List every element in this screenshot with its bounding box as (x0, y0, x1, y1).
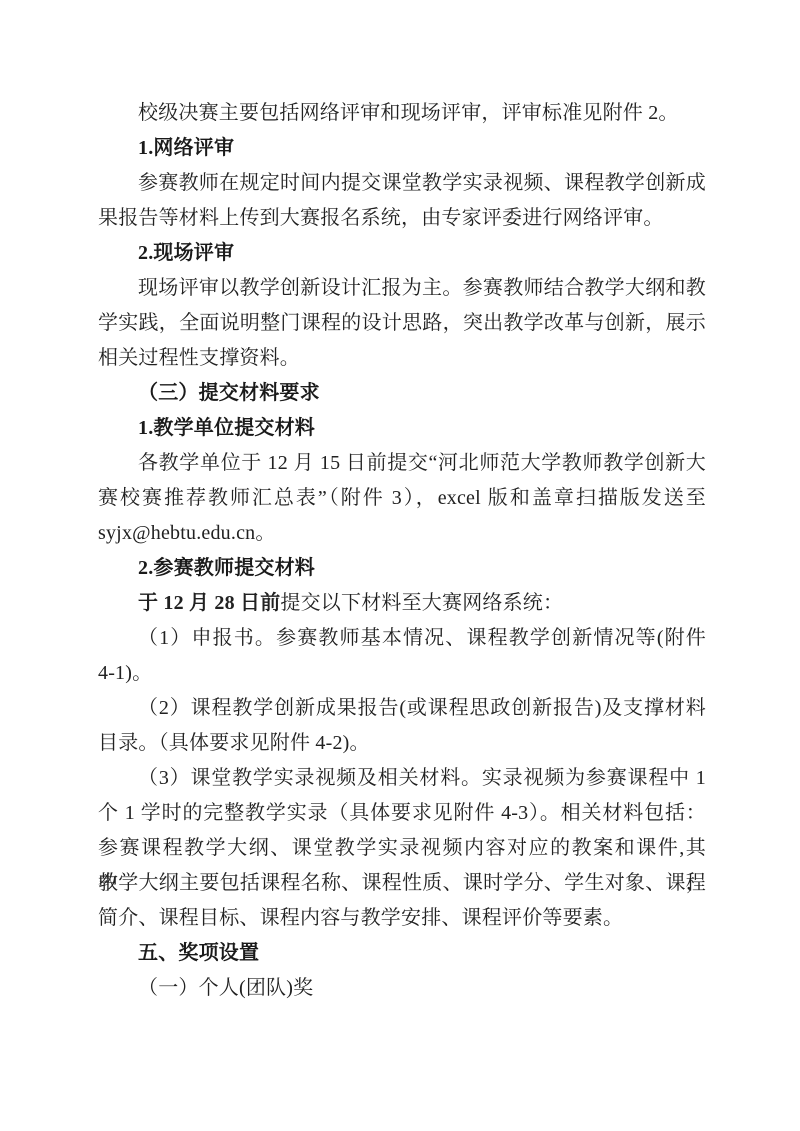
heading-onsite-review: 2.现场评审 (98, 236, 706, 271)
paragraph-line: （3）课堂教学实录视频及相关材料。实录视频为参赛课程中 1 (98, 761, 706, 796)
paragraph-line: 果报告等材料上传到大赛报名系统，由专家评委进行网络评审。 (98, 201, 706, 236)
deadline-rest-text: 提交以下材料至大赛网络系统： (280, 592, 563, 614)
paragraph-line: 教学大纲主要包括课程名称、课程性质、课时学分、学生对象、课程 (98, 866, 706, 901)
paragraph-line: 4-1)。 (98, 656, 706, 691)
paragraph-line: 参赛课程教学大纲、课堂教学实录视频内容对应的教案和课件,其中， (98, 831, 706, 866)
heading-submission-requirements: （三）提交材料要求 (98, 376, 706, 411)
deadline-line: 于 12 月 28 日前提交以下材料至大赛网络系统： (98, 586, 706, 621)
paragraph-line: 参赛教师在规定时间内提交课堂教学实录视频、课程教学创新成 (98, 166, 706, 201)
paragraph-line: （2）课程教学创新成果报告(或课程思政创新报告)及支撑材料 (98, 691, 706, 726)
paragraph-line: （1）申报书。参赛教师基本情况、课程教学创新情况等(附件 (98, 621, 706, 656)
paragraph-line: 学实践，全面说明整门课程的设计思路，突出教学改革与创新，展示 (98, 306, 706, 341)
deadline-bold-text: 于 12 月 28 日前 (138, 592, 280, 614)
paragraph-line: 赛校赛推荐教师汇总表”（附件 3），excel 版和盖章扫描版发送至 (98, 481, 706, 516)
paragraph-line: 校级决赛主要包括网络评审和现场评审，评审标准见附件 2。 (98, 96, 706, 131)
heading-teacher-materials: 2.参赛教师提交材料 (98, 551, 706, 586)
paragraph-line: 简介、课程目标、课程内容与教学安排、课程评价等要素。 (98, 901, 706, 936)
heading-network-review: 1.网络评审 (98, 131, 706, 166)
paragraph-line: 目录。（具体要求见附件 4-2)。 (98, 726, 706, 761)
paragraph-line: 个 1 学时的完整教学实录（具体要求见附件 4-3）。相关材料包括： (98, 796, 706, 831)
paragraph-line: 现场评审以教学创新设计汇报为主。参赛教师结合教学大纲和教 (98, 271, 706, 306)
heading-awards: 五、奖项设置 (98, 936, 706, 971)
heading-unit-materials: 1.教学单位提交材料 (98, 411, 706, 446)
document-page: 校级决赛主要包括网络评审和现场评审，评审标准见附件 2。 1.网络评审 参赛教师… (0, 0, 800, 1131)
paragraph-line: 相关过程性支撑资料。 (98, 341, 706, 376)
paragraph-line: 各教学单位于 12 月 15 日前提交“河北师范大学教师教学创新大 (98, 446, 706, 481)
document-body: 校级决赛主要包括网络评审和现场评审，评审标准见附件 2。 1.网络评审 参赛教师… (98, 96, 706, 1006)
heading-individual-team-award: （一）个人(团队)奖 (98, 971, 706, 1006)
email-line: syjx@hebtu.edu.cn。 (98, 516, 706, 551)
